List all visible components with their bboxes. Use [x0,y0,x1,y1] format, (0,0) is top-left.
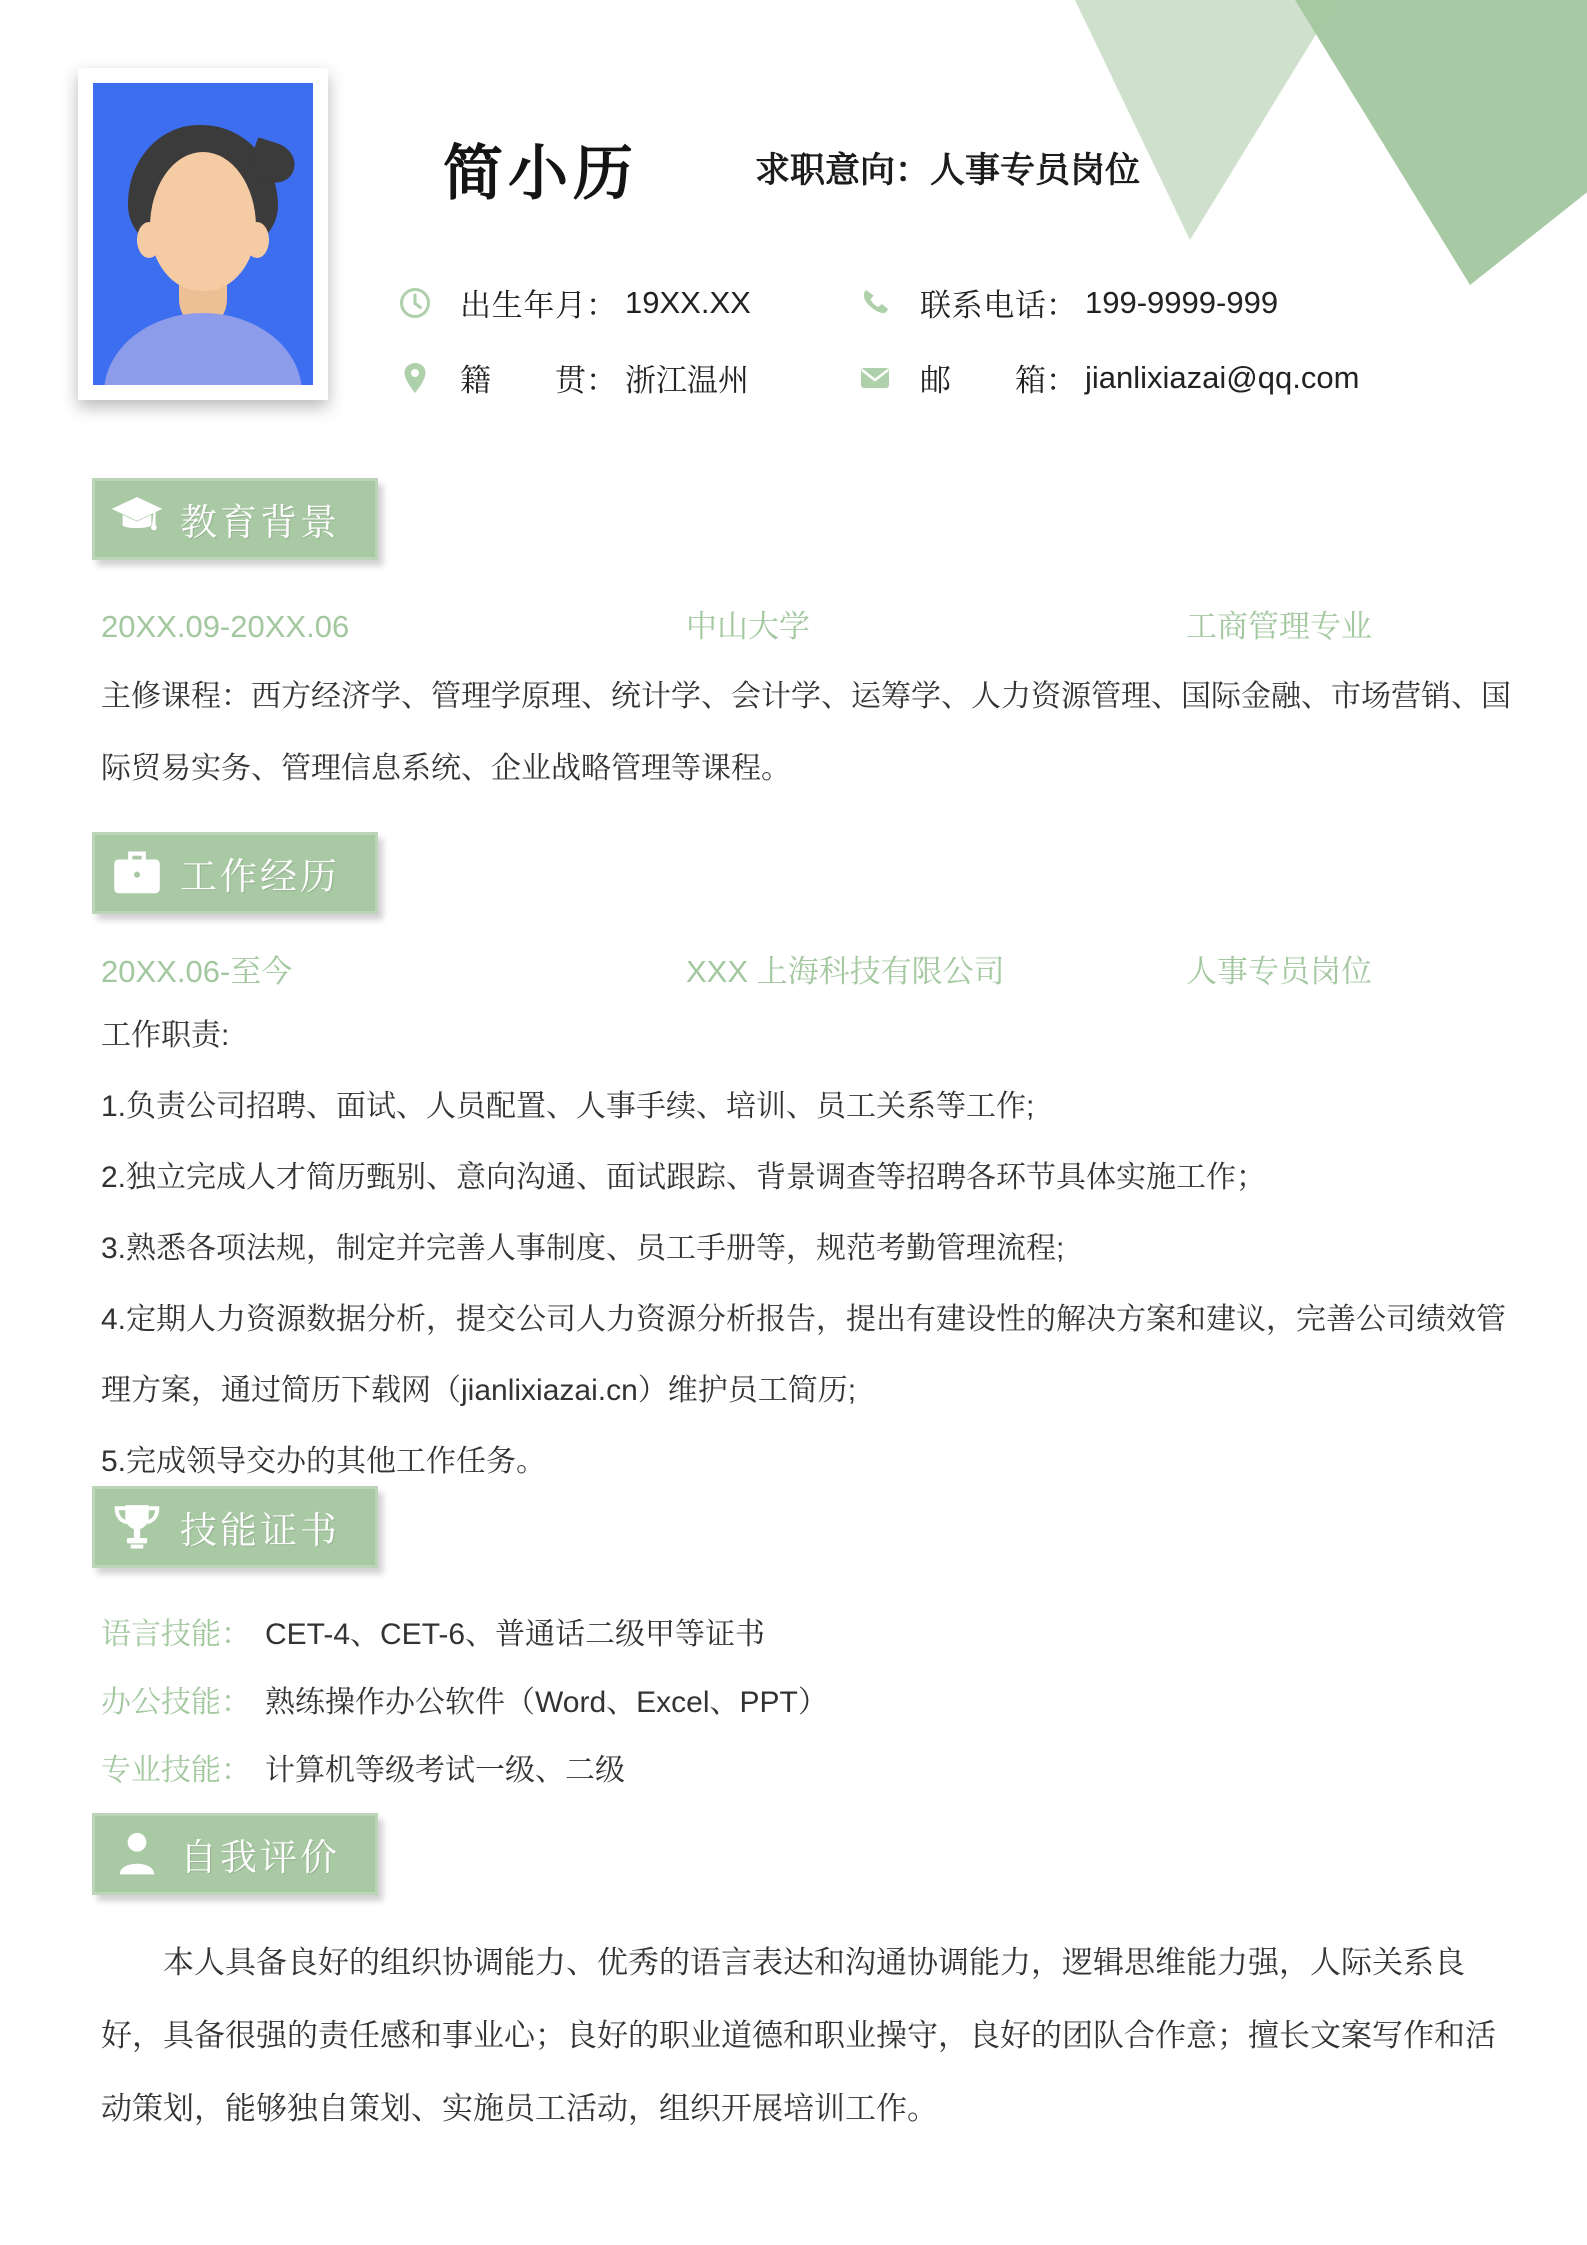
clock-icon [398,285,432,321]
person-icon [106,1826,168,1882]
skills-list: 语言技能： CET-4、CET-6、普通话二级甲等证书 办公技能： 熟练操作办公… [101,1601,828,1805]
duty-item: 3.熟悉各项法规，制定并完善人事制度、员工手册等，规范考勤管理流程; [101,1213,1516,1284]
contact-label: 出生年月 [460,280,586,325]
duties-label: 工作职责: [101,1000,1516,1071]
skill-row-professional: 专业技能： 计算机等级考试一级、二级 [101,1737,828,1805]
section-title: 自我评价 [180,1827,340,1881]
work-company: XXX 上海科技有限公司 [686,945,1005,999]
profile-photo-frame [78,68,328,400]
trophy-icon [106,1499,168,1555]
skill-label: 专业技能： [101,1737,251,1805]
contact-hometown: 籍贯： 浙江温州 [398,355,858,400]
section-title: 技能证书 [180,1500,340,1554]
section-header-work: 工作经历 [92,832,378,914]
skill-row-language: 语言技能： CET-4、CET-6、普通话二级甲等证书 [101,1601,828,1669]
education-period: 20XX.09-20XX.06 [101,600,349,654]
contact-birth: 出生年月： 19XX.XX [398,280,858,325]
duty-item: 2.独立完成人才简历甄别、意向沟通、面试跟踪、背景调查等招聘各环节具体实施工作； [101,1142,1516,1213]
section-title: 教育背景 [180,492,340,546]
skill-label: 语言技能： [101,1601,251,1669]
contact-label: 籍贯 [460,355,586,400]
work-position: 人事专员岗位 [1186,945,1372,999]
contact-phone: 联系电话： 199-9999-999 [858,280,1359,325]
skill-row-office: 办公技能： 熟练操作办公软件（Word、Excel、PPT） [101,1669,828,1737]
duty-item: 4.定期人力资源数据分析，提交公司人力资源分析报告，提出有建设性的解决方案和建议… [101,1284,1516,1426]
contact-label: 联系电话 [920,280,1046,325]
contact-label: 邮箱 [920,355,1046,400]
avatar-face [150,152,256,291]
contact-colon: ： [586,280,617,325]
contact-email: 邮箱： jianlixiazai@qq.com [858,355,1359,400]
contact-value: 19XX.XX [625,285,751,321]
skill-value: 熟练操作办公软件（Word、Excel、PPT） [265,1669,828,1737]
contact-colon: ： [1046,355,1077,400]
candidate-name: 简小历 [443,126,638,212]
work-period: 20XX.06-至今 [101,945,292,999]
duty-item: 1.负责公司招聘、面试、人员配置、人事手续、培训、员工关系等工作; [101,1071,1516,1142]
section-title: 工作经历 [180,846,340,900]
work-duties: 工作职责: 1.负责公司招聘、面试、人员配置、人事手续、培训、员工关系等工作; … [101,1000,1516,1497]
skill-label: 办公技能： [101,1669,251,1737]
graduation-cap-icon [106,491,168,547]
contact-value: jianlixiazai@qq.com [1085,360,1359,396]
avatar-shoulders [104,313,302,385]
section-header-evaluation: 自我评价 [92,1813,378,1895]
briefcase-icon [106,845,168,901]
mail-icon [858,360,892,396]
contact-colon: ： [1046,280,1077,325]
section-header-education: 教育背景 [92,478,378,560]
contact-value: 199-9999-999 [1085,285,1278,321]
education-courses: 主修课程：西方经济学、管理学原理、统计学、会计学、运筹学、人力资源管理、国际金融… [101,661,1516,805]
education-major: 工商管理专业 [1186,600,1372,654]
work-meta-row: 20XX.06-至今 XXX 上海科技有限公司 人事专员岗位 [101,945,1521,999]
resume-page: 简小历 求职意向：人事专员岗位 出生年月： 19XX.XX 联系电话： 199-… [0,0,1587,2245]
location-pin-icon [398,360,432,396]
education-school: 中山大学 [686,600,810,654]
job-objective: 求职意向：人事专员岗位 [755,143,1140,193]
skill-value: CET-4、CET-6、普通话二级甲等证书 [265,1601,765,1669]
contact-value: 浙江温州 [625,355,749,400]
contact-colon: ： [586,355,617,400]
contact-info: 出生年月： 19XX.XX 联系电话： 199-9999-999 籍贯： 浙江温… [398,280,1359,400]
profile-photo [93,83,313,385]
education-meta-row: 20XX.09-20XX.06 中山大学 工商管理专业 [101,600,1521,654]
section-header-skills: 技能证书 [92,1486,378,1568]
self-evaluation-text: 本人具备良好的组织协调能力、优秀的语言表达和沟通协调能力，逻辑思维能力强，人际关… [101,1926,1497,2145]
phone-icon [858,285,892,321]
skill-value: 计算机等级考试一级、二级 [265,1737,625,1805]
